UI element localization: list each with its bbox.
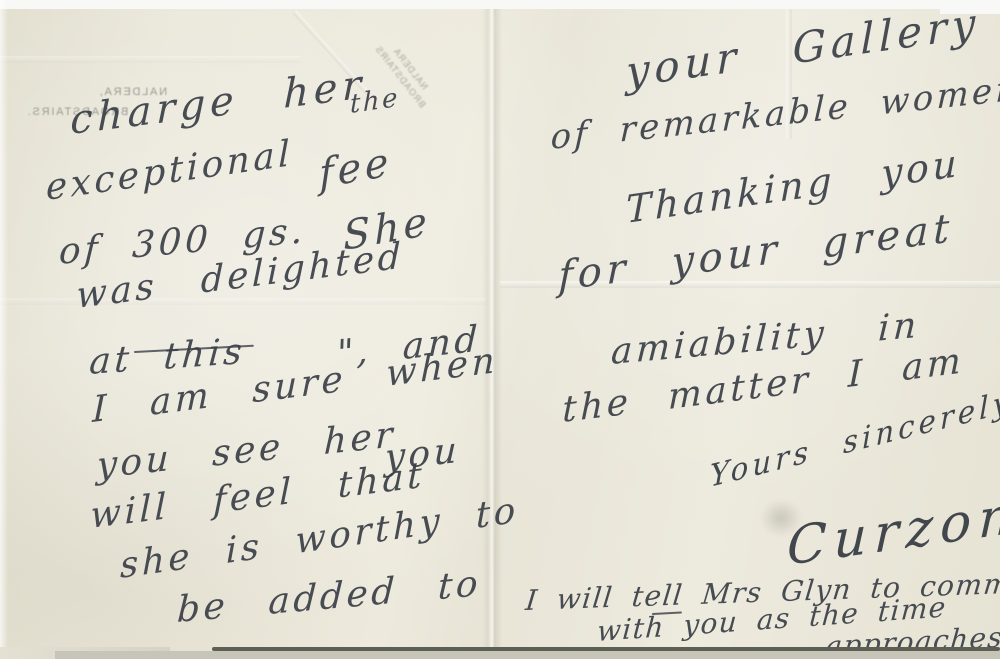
scan-edge-top-right (940, 0, 1000, 14)
scan-edge-top (0, 0, 1000, 9)
center-fold-crease (482, 8, 502, 652)
scan-edge-bottom (55, 651, 1000, 659)
crease-top-left (0, 56, 300, 63)
scan-edge-left (0, 0, 8, 659)
crease-right-top (786, 9, 792, 139)
letter-scan: NALDERA, BROADSTAIRS. NALDERA BROADSTAIR… (0, 0, 1000, 659)
page-bottom-shadow (212, 647, 1000, 651)
crease-right-middle (500, 281, 1000, 288)
crease-left-middle (0, 298, 486, 305)
